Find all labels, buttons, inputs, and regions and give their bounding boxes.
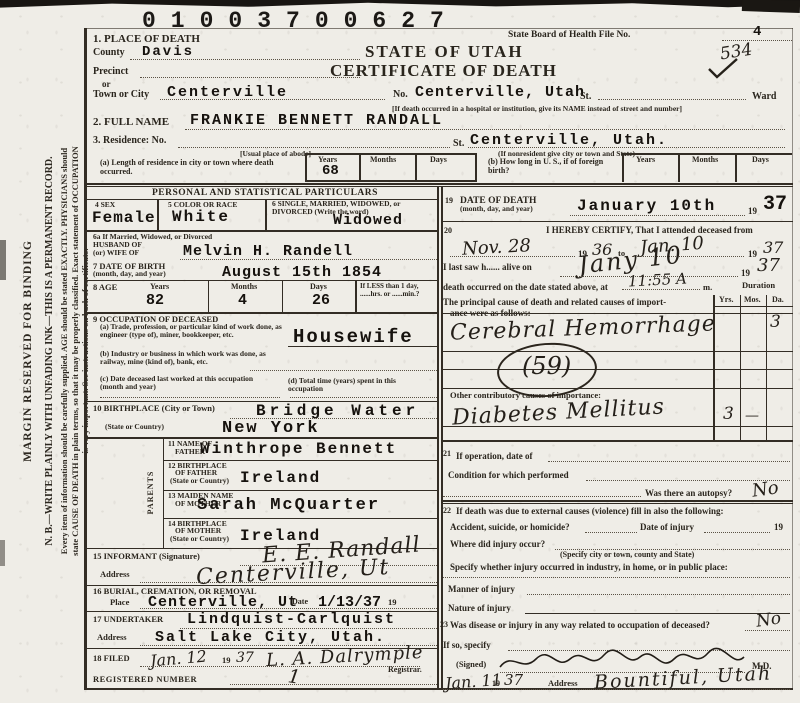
cause-code-value: (59) (522, 352, 571, 380)
st-label: St. (580, 91, 591, 102)
filed-year-label: 19 (222, 656, 231, 666)
occupation-a-line (288, 346, 437, 347)
age-days-label: Days (310, 283, 327, 292)
box-a-v4 (475, 153, 477, 182)
attended-from-line (450, 256, 575, 257)
double-rule-1 (84, 183, 793, 185)
months-label-b: Months (692, 156, 718, 165)
residence-line2 (468, 147, 785, 148)
state-title: STATE OF UTAH (365, 42, 524, 61)
death-occurred-label: death occurred on the date stated above,… (443, 282, 608, 292)
border-top (84, 28, 793, 29)
occupation-b-label: (b) Industry or business in which work w… (100, 350, 290, 367)
father-bp-value: Ireland (240, 469, 321, 487)
box-a-v1 (305, 153, 307, 182)
age-label: 8 AGE (93, 283, 117, 293)
cause-rule-4 (443, 388, 793, 389)
related-line (745, 630, 790, 631)
autopsy-rule-2 (443, 503, 793, 504)
box-b-v2 (678, 153, 680, 182)
scan-blot-left2 (0, 540, 5, 566)
informant-label: 15 INFORMANT (Signature) (93, 552, 200, 562)
town-label: Town or City (93, 89, 149, 100)
age-v3 (355, 280, 357, 312)
informant-address-label: Address (100, 570, 130, 580)
minitable-v2 (740, 295, 741, 440)
condition-label: Condition for which performed (448, 470, 569, 480)
border-right (792, 28, 793, 689)
cause-rule-2 (443, 351, 793, 352)
scanned-certificate: 01003700627 MARGIN RESERVED FOR BINDING … (0, 0, 800, 703)
dob-label2: (month, day, and year) (93, 270, 166, 278)
no-label: No. (393, 89, 408, 100)
date-injury-line (704, 532, 770, 533)
minitable-mos-label: Mos. (744, 296, 761, 305)
occupation-b-line (250, 370, 437, 371)
specify-place-line (443, 577, 790, 578)
burial-line (140, 608, 437, 609)
or-label: or (102, 79, 111, 89)
column-divider-1 (437, 186, 439, 689)
age-less-label: If LESS than 1 day, ......hrs. or ......… (360, 283, 434, 299)
scan-blot-topright (742, 0, 800, 13)
dod-rule (443, 221, 793, 222)
mother-value: Sarah McQuarter (197, 496, 380, 515)
filed-line (140, 666, 420, 667)
if-so-label: If so, specify (443, 640, 491, 650)
years-value-a: 68 (322, 163, 339, 179)
principal-cause-label1: The principal cause of death and related… (443, 297, 666, 307)
signed-label: (Signed) (456, 660, 486, 670)
signed-address-label: Address (548, 679, 578, 689)
manner-injury-label: Manner of injury (448, 584, 515, 594)
operation-label: If operation, date of (456, 451, 533, 461)
scan-edge-top (0, 0, 800, 8)
nature-injury-label: Nature of injury (448, 603, 511, 613)
file-no-value: 4 (753, 24, 761, 40)
months-label-a: Months (370, 156, 396, 165)
years-label-b: Years (636, 156, 655, 165)
specify-place-label: Specify whether injury occurred in indus… (450, 562, 728, 572)
filed-year-hand: 37 (236, 650, 254, 666)
residence-st-label: St. (453, 138, 464, 149)
minitable-yrs-label: Yrs. (719, 296, 733, 305)
days-label-a: Days (430, 156, 447, 165)
check-mark-icon (706, 56, 740, 80)
minitable-v3 (766, 295, 767, 440)
father-value: Winthrope Bennett (200, 440, 397, 458)
cause-rule-3 (443, 369, 793, 370)
dod-label2: (month, day, and year) (460, 205, 533, 213)
box-b-v3 (735, 153, 737, 182)
accident-label: Accident, suicide, or homicide? (450, 522, 570, 532)
autopsy-label: Was there an autopsy? (645, 488, 732, 498)
margin-note-cause: state CAUSE OF DEATH in plain terms, so … (70, 8, 80, 694)
occupation-a-label: (a) Trade, profession, or particular kin… (100, 323, 290, 340)
residence-label: 3. Residence: No. (93, 135, 166, 146)
undertaker-address-value: Salt Lake City, Utah. (155, 629, 386, 646)
last-saw-label: I last saw h...... alive on (443, 262, 532, 272)
file-no-label: State Board of Health File No. (508, 30, 630, 41)
manner-injury-line (527, 594, 790, 595)
residence-line (178, 147, 450, 148)
county-line (130, 59, 360, 60)
external-label: If death was due to external causes (vio… (456, 506, 723, 516)
parents-strip-line (163, 437, 164, 548)
age-months-label: Months (231, 283, 257, 292)
certificate-title: CERTIFICATE OF DEATH (330, 61, 557, 80)
sex-value: Female (92, 209, 156, 227)
spouse-line (180, 259, 437, 260)
duration-label: Duration (742, 281, 775, 291)
undertaker-value: Lindquist-Carlquist (187, 611, 396, 628)
birthplace-label: 10 BIRTHPLACE (City or Town) (93, 404, 215, 414)
occupation-d-label: (d) Total time (years) spent in this occ… (288, 377, 400, 394)
box-a-v2 (359, 153, 361, 182)
operation-line (548, 461, 790, 462)
birthplace-state-value: New York (222, 419, 320, 438)
length-b-label: (b) How long in U. S., if of foreign bir… (488, 158, 618, 176)
autopsy-blank-line (443, 496, 641, 497)
contributory-yrs-value: 3 (723, 404, 734, 424)
dod-line (570, 215, 745, 216)
registered-number-label: REGISTERED NUMBER (93, 675, 197, 685)
undertaker-address-label: Address (97, 633, 127, 643)
specify-city-note: (Specify city or town, county and State) (560, 551, 694, 560)
file-no-line (722, 40, 792, 41)
box-b-v1 (622, 153, 624, 182)
sex-race-divider (157, 199, 159, 230)
st-line (598, 99, 746, 100)
related-label: Was disease or injury in any way related… (450, 620, 710, 630)
minitable-header-rule (713, 306, 793, 307)
scan-blot-left (0, 240, 6, 280)
precinct-label: Precinct (93, 66, 128, 77)
precinct-line (140, 77, 360, 78)
registered-number-line (230, 684, 437, 685)
date-injury-year: 19 (774, 522, 783, 532)
race-value: White (172, 208, 230, 226)
margin-note-ink: N. B.—WRITE PLAINLY WITH UNFADING INK—TH… (44, 8, 55, 694)
spouse-label3: (or) WIFE OF (93, 249, 139, 257)
father-bp-label3: (State or Country) (170, 477, 229, 485)
dod-number: 19 (445, 197, 453, 206)
occupation-a-value: Housewife (293, 326, 414, 348)
full-name-line (185, 129, 785, 130)
age-years-value: 82 (146, 292, 164, 309)
occupation-d-line (290, 397, 437, 398)
race-marital-divider (265, 199, 267, 230)
ward-label: Ward (752, 91, 776, 102)
contributory-rule-1 (443, 426, 793, 427)
last-saw-y3-hand: 37 (757, 255, 780, 276)
days-label-b: Days (752, 156, 769, 165)
dod-year-value: 37 (763, 193, 787, 216)
attended-y2: 19 (748, 249, 757, 259)
undertaker-label: 17 UNDERTAKER (93, 615, 163, 625)
dob-rule (84, 280, 437, 281)
signed-year-hand: 37 (504, 671, 523, 689)
registrar-label: Registrar. (388, 666, 422, 675)
burial-place-label: Place (110, 598, 129, 608)
length-a-label: (a) Length of residence in city or town … (100, 159, 300, 177)
age-v2 (282, 280, 283, 312)
box-a-v3 (415, 153, 417, 182)
age-months-value: 4 (238, 292, 247, 309)
margin-note-binding: MARGIN RESERVED FOR BINDING (22, 8, 34, 694)
box-a-bottom (305, 180, 477, 182)
certify-number: 20 (444, 227, 452, 236)
burial-year-label: 19 (388, 598, 397, 608)
signed-year-label: 19 (492, 680, 500, 689)
related-number: 23 (440, 621, 448, 630)
filed-label: 18 FILED (93, 654, 130, 664)
dob-value: August 15th 1854 (222, 264, 382, 281)
burial-date-label: Date (292, 598, 308, 607)
operation-number: 21 (443, 450, 451, 459)
signed-address-line (443, 689, 790, 690)
death-time-line (622, 289, 700, 290)
age-v1 (208, 280, 209, 312)
minitable-da-label: Da. (772, 296, 784, 305)
marital-value: Widowed (333, 212, 403, 229)
county-value: Davis (142, 44, 194, 60)
external-number: 22 (443, 507, 451, 516)
accident-line (585, 532, 637, 533)
cause-da-value: 3 (770, 312, 781, 332)
related-value: No (755, 608, 783, 631)
autopsy-value: No (751, 477, 780, 501)
dod-year-prefix: 19 (748, 206, 757, 216)
autopsy-rule-1 (443, 500, 793, 502)
no-value: Centerville, Utah (415, 84, 585, 101)
county-label: County (93, 47, 125, 58)
town-line (160, 99, 385, 100)
personal-particulars-title: PERSONAL AND STATISTICAL PARTICULARS (152, 188, 378, 199)
death-m-label: m. (703, 283, 712, 293)
dod-value: January 10th (577, 197, 716, 215)
age-years-label: Years (150, 283, 169, 292)
nature-injury-line (525, 613, 790, 614)
spouse-value: Melvin H. Randell (183, 243, 353, 260)
serial-number-stamp: 01003700627 (142, 8, 459, 34)
informant-address-line (140, 582, 437, 583)
birthplace-rule (84, 437, 437, 439)
occupation-c-line (100, 397, 280, 398)
parents-label: PARENTS (146, 440, 155, 545)
border-left (84, 28, 87, 689)
age-days-value: 26 (312, 292, 330, 309)
birthplace-state-label: (State or Country) (105, 423, 164, 431)
last-saw-y3: 19 (741, 268, 750, 278)
full-name-value: FRANKIE BENNETT RANDALL (190, 112, 443, 129)
margin-note-item: Every item of information should be care… (59, 8, 69, 694)
certify-text: I HEREBY CERTIFY, That I attended deceas… (546, 225, 753, 235)
death-time-value: 11:55 A (628, 269, 688, 290)
contributory-mos-value: — (745, 408, 759, 424)
contributory-rule-2 (443, 440, 793, 442)
where-injury-label: Where did injury occur? (450, 539, 545, 549)
mother-bp-label3: (State or Country) (170, 535, 229, 543)
full-name-label: 2. FULL NAME (93, 116, 169, 128)
registered-number-value: 1 (287, 665, 302, 688)
date-injury-label: Date of injury (640, 522, 694, 532)
occupation-c-label: (c) Date deceased last worked at this oc… (100, 375, 268, 392)
